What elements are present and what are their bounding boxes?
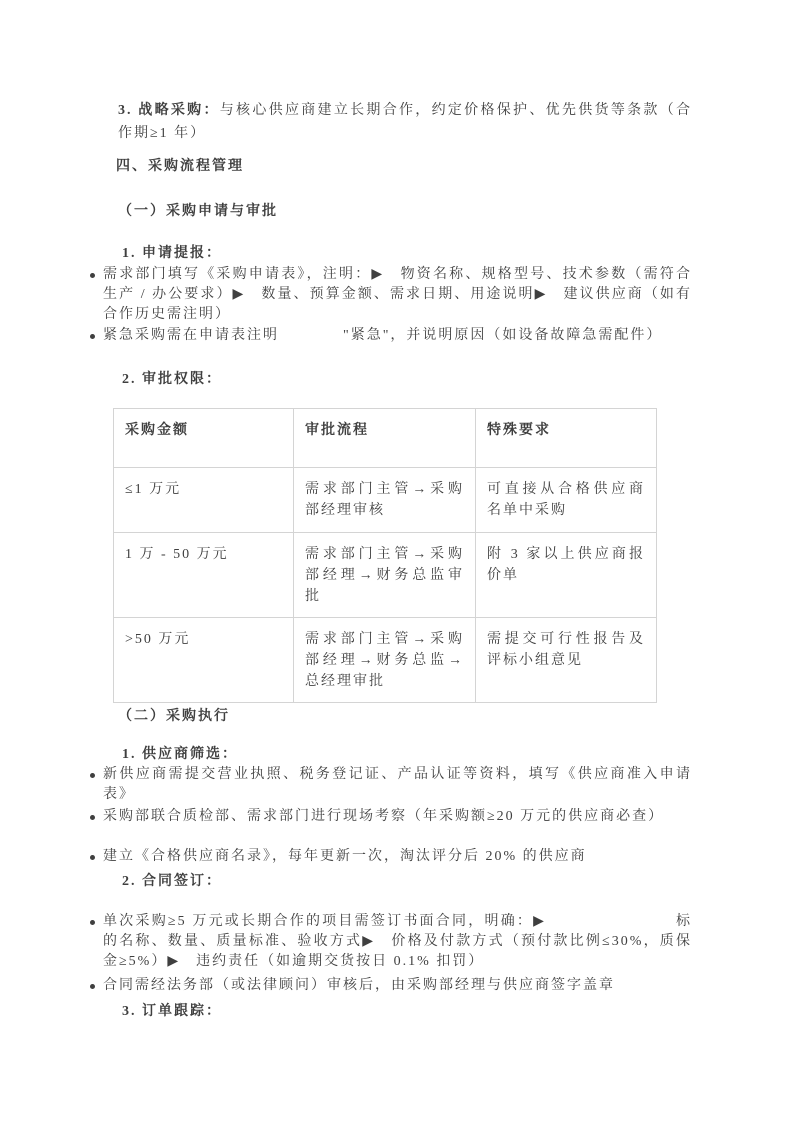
table-row: >50 万元 需求部门主管→采购部经理→财务总监→总经理审批 需提交可行性报告及…: [114, 618, 657, 703]
bullet-text: 采购部联合质检部、需求部门进行现场考察（年采购额≥20 万元的供应商必查）: [103, 807, 692, 827]
table-cell-special: 需提交可行性报告及评标小组意见: [476, 618, 657, 703]
table-row: ≤1 万元 需求部门主管→采购部经理审核 可直接从合格供应商名单中采购: [114, 468, 657, 533]
bullet-text: 新供应商需提交营业执照、税务登记证、产品认证等资料，填写《供应商准入申请表》: [103, 765, 692, 805]
list-item: 单次采购≥5 万元或长期合作的项目需签订书面合同，明确：▶ 标的名称、数量、质量…: [88, 912, 692, 972]
paragraph-strategic-procurement: 3. 战略采购：与核心供应商建立长期合作，约定价格保护、优先供货等条款（合作期≥…: [118, 99, 692, 145]
table-cell-special: 可直接从合格供应商名单中采购: [476, 468, 657, 533]
bullet-marker: [90, 920, 95, 925]
bullet-marker: [90, 855, 95, 860]
list-item: 建立《合格供应商名录》，每年更新一次，淘汰评分后 20% 的供应商: [88, 847, 692, 867]
table-header-amount: 采购金额: [114, 409, 294, 468]
subheading-order-tracking: 3. 订单跟踪：: [122, 1002, 222, 1022]
heading-section-4: 四、采购流程管理: [116, 157, 244, 177]
subheading-application-submission: 1. 申请提报：: [122, 244, 222, 264]
approval-authority-table: 采购金额 审批流程 特殊要求 ≤1 万元 需求部门主管→采购部经理审核 可直接从…: [113, 408, 657, 703]
bullet-marker: [90, 815, 95, 820]
table-cell-amount: >50 万元: [114, 618, 294, 703]
bullet-marker: [90, 334, 95, 339]
table-cell-special: 附 3 家以上供应商报价单: [476, 533, 657, 618]
list-item: 采购部联合质检部、需求部门进行现场考察（年采购额≥20 万元的供应商必查）: [88, 807, 692, 827]
heading-section-4-1: （一）采购申请与审批: [118, 202, 278, 222]
bullet-marker: [90, 984, 95, 989]
strategic-procurement-label: 3. 战略采购：: [118, 103, 220, 118]
list-item: 需求部门填写《采购申请表》，注明：▶ 物资名称、规格型号、技术参数（需符合生产 …: [88, 265, 692, 325]
list-item: 新供应商需提交营业执照、税务登记证、产品认证等资料，填写《供应商准入申请表》: [88, 765, 692, 805]
table-header-process: 审批流程: [294, 409, 476, 468]
bullet-text: 单次采购≥5 万元或长期合作的项目需签订书面合同，明确：▶ 标的名称、数量、质量…: [103, 912, 692, 972]
table-row: 1 万 - 50 万元 需求部门主管→采购部经理→财务总监审批 附 3 家以上供…: [114, 533, 657, 618]
bullet-text: 合同需经法务部（或法律顾问）审核后，由采购部经理与供应商签字盖章: [103, 976, 692, 996]
table-cell-process: 需求部门主管→采购部经理→财务总监审批: [294, 533, 476, 618]
table-cell-amount: 1 万 - 50 万元: [114, 533, 294, 618]
table-cell-amount: ≤1 万元: [114, 468, 294, 533]
document-page: 3. 战略采购：与核心供应商建立长期合作，约定价格保护、优先供货等条款（合作期≥…: [0, 0, 793, 1122]
table-header-special: 特殊要求: [476, 409, 657, 468]
bullet-marker: [90, 273, 95, 278]
bullet-text: 需求部门填写《采购申请表》，注明：▶ 物资名称、规格型号、技术参数（需符合生产 …: [103, 265, 692, 325]
table-cell-process: 需求部门主管→采购部经理审核: [294, 468, 476, 533]
table-cell-process: 需求部门主管→采购部经理→财务总监→总经理审批: [294, 618, 476, 703]
heading-section-4-2: （二）采购执行: [118, 707, 230, 727]
subheading-contract-signing: 2. 合同签订：: [122, 872, 222, 892]
subheading-supplier-screening: 1. 供应商筛选：: [122, 745, 238, 765]
list-item: 合同需经法务部（或法律顾问）审核后，由采购部经理与供应商签字盖章: [88, 976, 692, 996]
bullet-text: 建立《合格供应商名录》，每年更新一次，淘汰评分后 20% 的供应商: [103, 847, 692, 867]
subheading-approval-authority: 2. 审批权限：: [122, 370, 222, 390]
bullet-marker: [90, 773, 95, 778]
table-header-row: 采购金额 审批流程 特殊要求: [114, 409, 657, 468]
bullet-text: 紧急采购需在申请表注明 "紧急"，并说明原因（如设备故障急需配件）: [103, 326, 692, 346]
list-item: 紧急采购需在申请表注明 "紧急"，并说明原因（如设备故障急需配件）: [88, 326, 692, 346]
